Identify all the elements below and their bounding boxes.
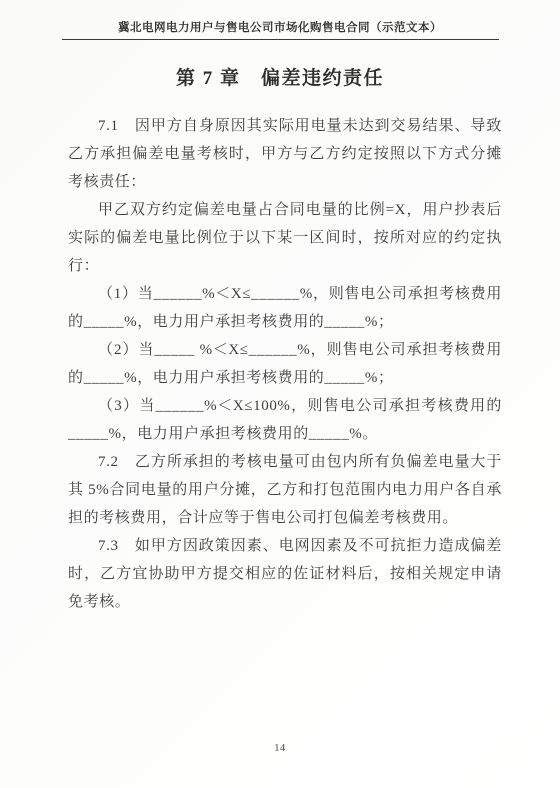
clause-7-1-intro: 甲乙双方约定偏差电量占合同电量的比例=X，用户抄表后实际的偏差电量比例位于以下某… (68, 196, 502, 280)
chapter-title: 第 7 章 偏差违约责任 (0, 66, 560, 92)
clause-7-1-item-2: （2）当_____ %＜X≤______%，则售电公司承担考核费用的_____%… (68, 336, 502, 392)
document-header: 冀北电网电力用户与售电公司市场化购售电合同（示范文本） (0, 0, 560, 40)
document-page: 冀北电网电力用户与售电公司市场化购售电合同（示范文本） 第 7 章 偏差违约责任… (0, 0, 560, 788)
clause-7-1-item-1: （1）当______%＜X≤______%，则售电公司承担考核费用的_____%… (68, 280, 502, 336)
page-number: 14 (274, 743, 286, 754)
page-footer: 14 (0, 738, 560, 756)
contract-body: 7.1 因甲方自身原因其实际用电量未达到交易结果、导致乙方承担偏差电量考核时，甲… (68, 112, 502, 616)
header-divider (62, 39, 499, 40)
clause-7-2: 7.2 乙方所承担的考核电量可由包内所有负偏差电量大于其 5%合同电量的用户分摊… (68, 448, 502, 532)
clause-7-1-item-3: （3）当______%＜X≤100%，则售电公司承担考核费用的_____%，电力… (68, 392, 502, 448)
clause-7-3: 7.3 如甲方因政策因素、电网因素及不可抗拒力造成偏差时，乙方宜协助甲方提交相应… (68, 532, 502, 616)
document-header-title: 冀北电网电力用户与售电公司市场化购售电合同（示范文本） (0, 20, 560, 36)
clause-7-1: 7.1 因甲方自身原因其实际用电量未达到交易结果、导致乙方承担偏差电量考核时，甲… (68, 112, 502, 196)
